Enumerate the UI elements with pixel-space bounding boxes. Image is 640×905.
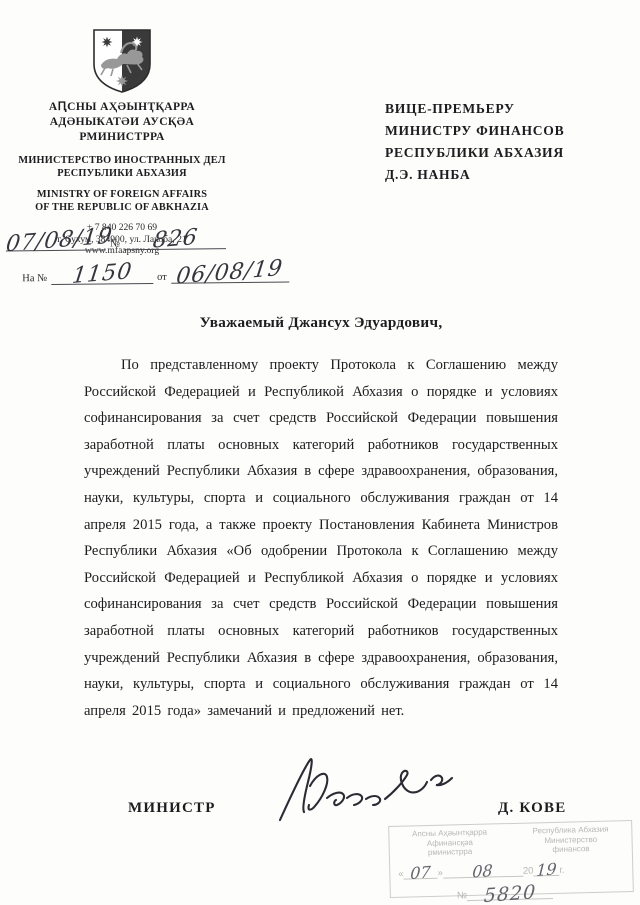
addressee-block: ВИЦЕ-ПРЕМЬЕРУ МИНИСТРУ ФИНАНСОВ РЕСПУБЛИ… (385, 98, 564, 186)
ministry-en-line2: OF THE REPUBLIC OF ABKHAZIA (8, 202, 236, 215)
stamp-number-label: № (457, 890, 467, 901)
outgoing-date-handwriting: 07/08/19 (4, 223, 114, 257)
addressee-line3: РЕСПУБЛИКИ АБХАЗИЯ (385, 142, 564, 164)
salutation: Уважаемый Джансух Эдуардович, (84, 314, 558, 332)
reference-block: 07/08/19 № 826 На № 1150 от 06/08/19 (6, 219, 289, 286)
signer-title: МИНИСТР (128, 800, 216, 817)
incoming-date-field: 06/08/19 (171, 257, 289, 284)
stamp-number-row: № 5820 (456, 874, 633, 901)
stamp-org-russian: Республика Абхазия Министерство финансов (532, 825, 609, 855)
stamp-ru-line3: финансов (533, 844, 609, 855)
incoming-date-handwriting: 06/08/19 (175, 256, 285, 290)
stamp-header: Апсны Аҳәынтқарра Афинансқәа рминистрра … (389, 821, 632, 858)
outgoing-number-field: 826 (124, 223, 226, 250)
stamp-abkhaz-line1: Апсны Аҳәынтқарра (412, 828, 487, 839)
letter-body: По представленному проекту Протокола к С… (84, 352, 558, 724)
incoming-number-field: 1150 (51, 258, 153, 285)
stamp-day-handwriting: 07 (410, 862, 432, 883)
stamp-month-field: 08 (443, 856, 523, 878)
ministry-en-line1: MINISTRY OF FOREIGN AFFAIRS (8, 189, 236, 202)
stamp-number-field: 5820 (467, 875, 554, 900)
ministry-ru-line2: РЕСПУБЛИКИ АБХАЗИЯ (8, 168, 236, 181)
ministry-name-abkhaz: АԤСНЫ АҲӘЫНҬҚАРРА АДӘНЫҞАТӘИ АУСҚӘА РМИН… (8, 100, 236, 145)
coat-of-arms-abkhazia-icon (91, 28, 153, 94)
stamp-abkhaz-line3: рминистрра (412, 847, 487, 858)
ministry-abkhaz-line3: РМИНИСТРРА (8, 130, 236, 145)
ministry-abkhaz-line1: АԤСНЫ АҲӘЫНҬҚАРРА (8, 100, 236, 115)
stamp-org-abkhaz: Апсны Аҳәынтқарра Афинансқәа рминистрра (412, 828, 488, 858)
ministry-name-english: MINISTRY OF FOREIGN AFFAIRS OF THE REPUB… (8, 189, 236, 214)
ministry-ru-line1: МИНИСТЕРСТВО ИНОСТРАННЫХ ДЕЛ (8, 155, 236, 168)
outgoing-date-field: 07/08/19 (6, 224, 106, 251)
addressee-line4: Д.Э. НАНБА (385, 164, 564, 186)
stamp-year-field: 19 (533, 855, 559, 876)
stamp-number-handwriting: 5820 (483, 880, 537, 905)
ministry-name-russian: МИНИСТЕРСТВО ИНОСТРАННЫХ ДЕЛ РЕСПУБЛИКИ … (8, 155, 236, 180)
incoming-number-handwriting: 1150 (71, 259, 134, 289)
incoming-reference-row: На № 1150 от 06/08/19 (18, 253, 289, 286)
ministry-abkhaz-line2: АДӘНЫҞАТӘИ АУСҚӘА (8, 115, 236, 130)
stamp-year-prefix: 20 (523, 865, 534, 876)
outgoing-reference-row: 07/08/19 № 826 (6, 219, 289, 252)
addressee-line1: ВИЦЕ-ПРЕМЬЕРУ (385, 98, 564, 120)
scanned-letter-page: АԤСНЫ АҲӘЫНҬҚАРРА АДӘНЫҞАТӘИ АУСҚӘА РМИН… (0, 0, 640, 905)
reply-to-label: На № (18, 273, 51, 285)
registration-stamp: Апсны Аҳәынтқарра Афинансқәа рминистрра … (388, 820, 634, 898)
outgoing-number-handwriting: 826 (151, 225, 199, 254)
from-label: от (153, 272, 171, 284)
stamp-day-field: 07 (403, 858, 437, 879)
addressee-line2: МИНИСТРУ ФИНАНСОВ (385, 120, 564, 142)
signer-name: Д. КОВЕ (498, 800, 566, 817)
stamp-year-suffix: г. (559, 864, 564, 875)
